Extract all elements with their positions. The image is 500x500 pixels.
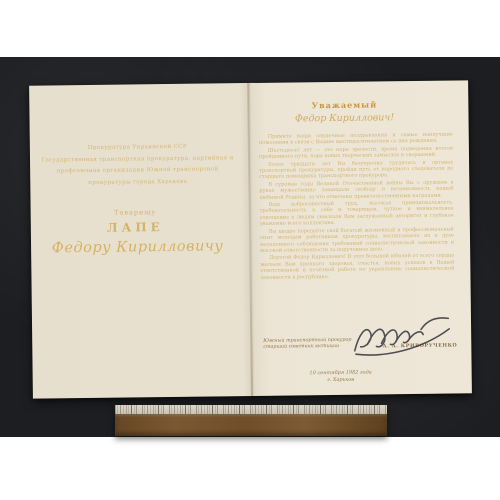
letter-paragraph: Шестьдесят лет — это пора зрелости, врем… <box>259 145 453 160</box>
letter-paragraph: Дорогой Федор Кириллович! В этот большой… <box>260 253 454 281</box>
left-page: Прокуратура Украинской ССР Государственн… <box>29 83 252 399</box>
signer-title: Южный транспортный прокурор старший сове… <box>263 338 351 351</box>
recipient-surname: ЛАПЕ <box>31 219 240 236</box>
signer-title-line: старший советник юстиции <box>263 344 351 351</box>
handwritten-signature <box>346 311 459 364</box>
date-block: 10 сентября 1982 года г. Харьков <box>286 369 396 384</box>
ruler-wood-body <box>115 414 387 436</box>
letter-paragraph: Ваш добросовестный труд, высокая принцип… <box>260 200 454 228</box>
letter-paragraph: Вы щедро передаёте свой богатый жизненны… <box>260 226 454 254</box>
open-congratulation-folder: Прокуратура Украинской ССР Государственн… <box>29 80 472 398</box>
letter-body: Примите наши сердечные поздравления и са… <box>259 132 455 282</box>
letter-paragraph: Более тридцати лет Вы безупречно трудите… <box>259 159 453 181</box>
org-line: прокуратуры города Харькова <box>40 176 235 190</box>
recipient-name-script: Федору Кирилловичу <box>31 238 244 257</box>
letter-paragraph: Примите наши сердечные поздравления и са… <box>259 132 453 147</box>
greeting-name-script: Федор Кириллович! <box>248 112 440 125</box>
org-line: профсоюзная организации Южной транспортн… <box>40 164 235 178</box>
letter-paragraph: В суровые годы Великой Отечественной вой… <box>259 179 453 201</box>
ruler-scale-edge <box>115 405 387 414</box>
salutation-word: Товарищу <box>31 207 240 218</box>
right-page: Уважаемый Федор Кириллович! Примите наши… <box>248 80 472 396</box>
wooden-ruler <box>115 405 387 436</box>
organization-header: Прокуратура Украинской ССР Государственн… <box>40 141 236 189</box>
greeting-word: Уважаемый <box>248 99 440 111</box>
place-line: г. Харьков <box>286 376 396 384</box>
photo-background: Прокуратура Украинской ССР Государственн… <box>0 57 500 437</box>
